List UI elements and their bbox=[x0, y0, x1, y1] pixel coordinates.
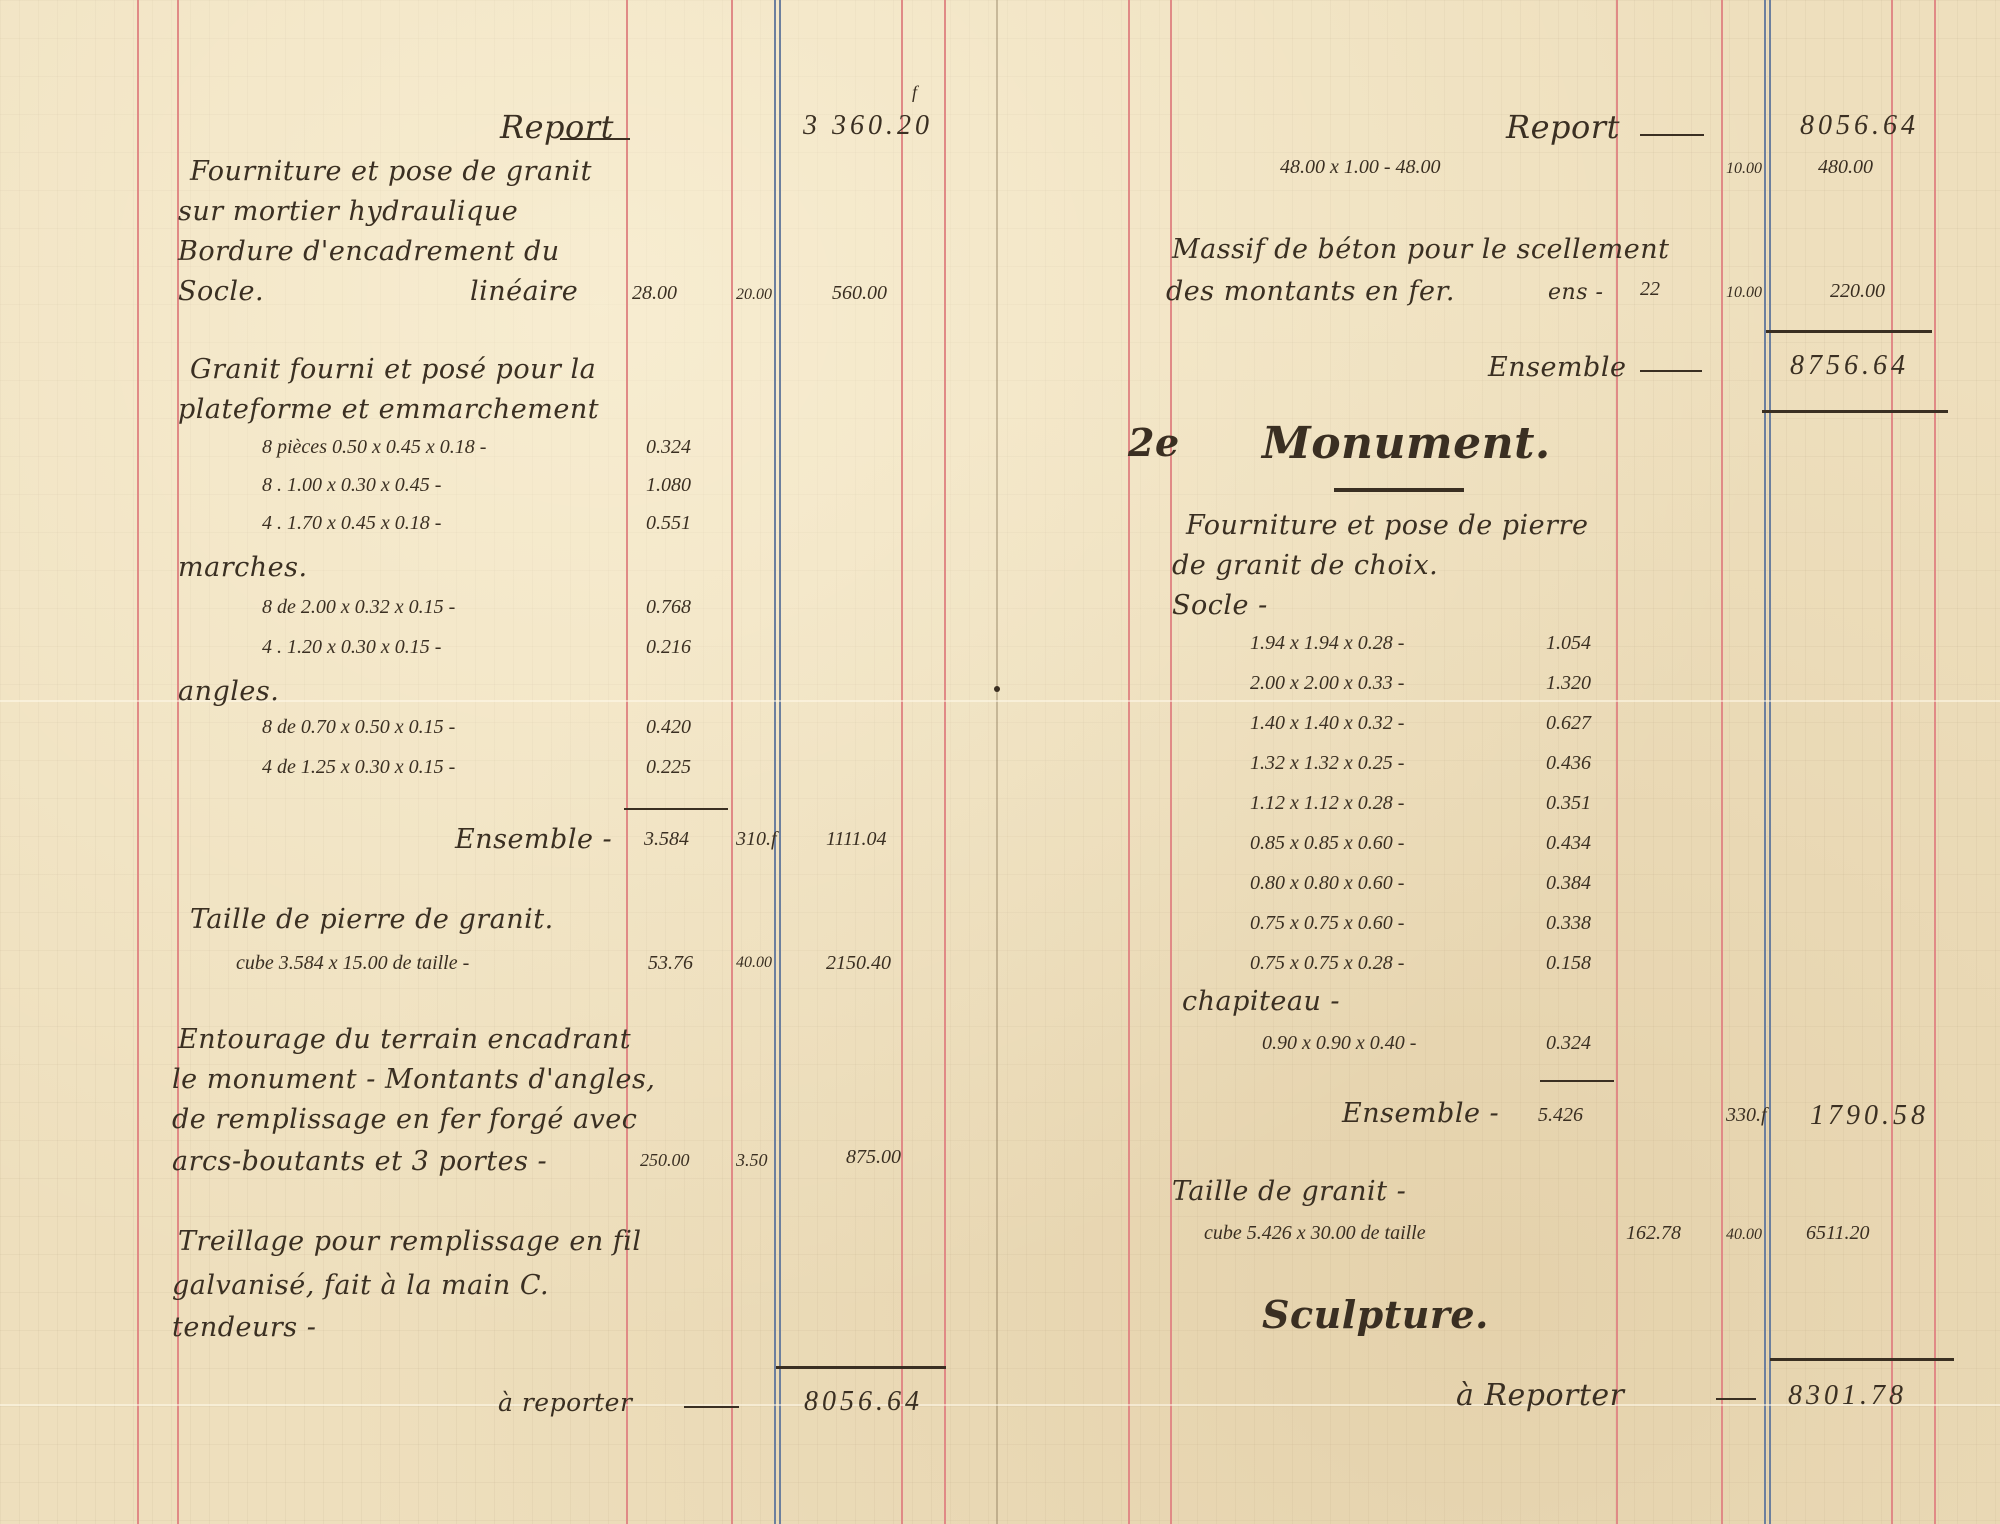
description-line: des montants en fer. bbox=[1166, 276, 1455, 307]
calc-line: 1.94 x 1.94 x 0.28 - bbox=[1250, 632, 1404, 655]
calc-line: 1.32 x 1.32 x 0.25 - bbox=[1250, 752, 1404, 775]
unit-price: 330.f bbox=[1726, 1104, 1767, 1127]
sublabel: chapiteau - bbox=[1182, 986, 1340, 1017]
volume: 1.054 bbox=[1546, 632, 1591, 655]
calc-line: cube 5.426 x 30.00 de taille bbox=[1204, 1222, 1426, 1245]
description-line: tendeurs - bbox=[172, 1312, 316, 1343]
unit-price: 10.00 bbox=[1726, 284, 1762, 302]
column-rule bbox=[944, 0, 946, 1524]
unit-price: 3.50 bbox=[736, 1150, 768, 1171]
amount: 2150.40 bbox=[826, 952, 891, 975]
ensemble-label: Ensemble - bbox=[455, 824, 612, 855]
report-amount: 3 360.20 bbox=[803, 110, 933, 142]
description-line: Fourniture et pose de granit bbox=[190, 156, 592, 187]
sum-line bbox=[1770, 1358, 1954, 1361]
calc-line: 48.00 x 1.00 - 48.00 bbox=[1280, 156, 1441, 179]
amount: 875.00 bbox=[846, 1146, 901, 1169]
description-line: plateforme et emmarchement bbox=[178, 394, 599, 425]
unit: linéaire bbox=[470, 276, 578, 307]
column-rule bbox=[1721, 0, 1723, 1524]
quantity: 250.00 bbox=[640, 1150, 690, 1171]
report-label: Report bbox=[500, 108, 614, 146]
volume: 0.338 bbox=[1546, 912, 1591, 935]
carry-forward-label: à Reporter bbox=[1456, 1378, 1625, 1413]
volume: 1.080 bbox=[646, 474, 691, 497]
column-rule bbox=[901, 0, 903, 1524]
franc-mark: f bbox=[912, 82, 917, 103]
column-rule bbox=[1891, 0, 1893, 1524]
sum-line bbox=[624, 808, 728, 810]
description-line: Socle. bbox=[178, 276, 264, 307]
description-line: sur mortier hydraulique bbox=[178, 196, 518, 227]
calc-line: 8 de 2.00 x 0.32 x 0.15 - bbox=[262, 596, 455, 619]
volume: 1.320 bbox=[1546, 672, 1591, 695]
margin-rule bbox=[137, 0, 139, 1524]
unit: ens - bbox=[1548, 280, 1603, 305]
sum-line bbox=[1766, 330, 1932, 333]
description-line: de granit de choix. bbox=[1172, 550, 1438, 581]
sum-line bbox=[776, 1366, 946, 1369]
underline bbox=[1640, 134, 1704, 136]
description-line: Fourniture et pose de pierre bbox=[1186, 510, 1588, 541]
description-line: Taille de pierre de granit. bbox=[190, 904, 554, 935]
ink-spot bbox=[994, 686, 1000, 692]
volume: 0.158 bbox=[1546, 952, 1591, 975]
description-line: Entourage du terrain encadrant bbox=[178, 1024, 631, 1055]
paper-crease bbox=[0, 1404, 2000, 1406]
carry-forward-label: à reporter bbox=[498, 1388, 632, 1417]
subsection-title: Sculpture. bbox=[1262, 1292, 1489, 1337]
volume: 0.216 bbox=[646, 636, 691, 659]
underline bbox=[560, 138, 630, 140]
volume: 0.768 bbox=[646, 596, 691, 619]
section-title: Monument. bbox=[1262, 418, 1551, 469]
title-rule bbox=[1334, 488, 1464, 492]
calc-line: 4 . 1.70 x 0.45 x 0.18 - bbox=[262, 512, 441, 535]
volume: 0.627 bbox=[1546, 712, 1591, 735]
underline bbox=[684, 1406, 739, 1408]
calc-line: 1.12 x 1.12 x 0.28 - bbox=[1250, 792, 1404, 815]
amount: 1111.04 bbox=[826, 828, 887, 851]
calc-line: 8 . 1.00 x 0.30 x 0.45 - bbox=[262, 474, 441, 497]
amount: 6511.20 bbox=[1806, 1222, 1870, 1245]
volume: 0.351 bbox=[1546, 792, 1591, 815]
volume: 0.420 bbox=[646, 716, 691, 739]
description-line: Bordure d'encadrement du bbox=[178, 236, 560, 267]
calc-line: 0.90 x 0.90 x 0.40 - bbox=[1262, 1032, 1416, 1055]
double-rule bbox=[779, 0, 781, 1524]
description-line: Treillage pour remplissage en fil bbox=[178, 1226, 642, 1257]
center-fold bbox=[996, 0, 998, 1524]
volume: 0.324 bbox=[646, 436, 691, 459]
quantity: 162.78 bbox=[1626, 1222, 1681, 1245]
description-line: de remplissage en fer forgé avec bbox=[172, 1104, 637, 1135]
double-rule bbox=[1769, 0, 1771, 1524]
quantity: 53.76 bbox=[648, 952, 693, 975]
calc-line: 0.75 x 0.75 x 0.60 - bbox=[1250, 912, 1404, 935]
calc-line: 8 pièces 0.50 x 0.45 x 0.18 - bbox=[262, 436, 486, 459]
ensemble-label: Ensemble bbox=[1488, 352, 1626, 383]
calc-line: 2.00 x 2.00 x 0.33 - bbox=[1250, 672, 1404, 695]
unit-price: 20.00 bbox=[736, 286, 772, 304]
sublabel: angles. bbox=[178, 676, 279, 707]
volume: 0.225 bbox=[646, 756, 691, 779]
unit-price: 40.00 bbox=[736, 954, 772, 972]
description-line: Massif de béton pour le scellement bbox=[1172, 234, 1670, 265]
calc-line: 4 de 1.25 x 0.30 x 0.15 - bbox=[262, 756, 455, 779]
ensemble-amount: 8756.64 bbox=[1790, 350, 1909, 382]
calc-line: 1.40 x 1.40 x 0.32 - bbox=[1250, 712, 1404, 735]
underline bbox=[1640, 370, 1702, 372]
description-line: Granit fourni et posé pour la bbox=[190, 354, 596, 385]
volume: 0.434 bbox=[1546, 832, 1591, 855]
volume-total: 3.584 bbox=[644, 828, 689, 851]
unit-price: 10.00 bbox=[1726, 160, 1762, 178]
double-underline bbox=[1762, 410, 1948, 413]
calc-line: 8 de 0.70 x 0.50 x 0.15 - bbox=[262, 716, 455, 739]
volume: 0.436 bbox=[1546, 752, 1591, 775]
description-line: Taille de granit - bbox=[1172, 1176, 1406, 1207]
description-line: galvanisé, fait à la main C. bbox=[172, 1270, 549, 1301]
calc-line: 0.75 x 0.75 x 0.28 - bbox=[1250, 952, 1404, 975]
double-rule bbox=[774, 0, 776, 1524]
underline bbox=[1716, 1398, 1756, 1400]
amount: 480.00 bbox=[1818, 156, 1873, 179]
column-rule bbox=[626, 0, 628, 1524]
amount: 220.00 bbox=[1830, 280, 1885, 303]
description-line: arcs-boutants et 3 portes - bbox=[172, 1146, 547, 1177]
calc-line: 4 . 1.20 x 0.30 x 0.15 - bbox=[262, 636, 441, 659]
paper-crease bbox=[0, 700, 2000, 702]
calc-line: 0.80 x 0.80 x 0.60 - bbox=[1250, 872, 1404, 895]
margin-rule bbox=[1170, 0, 1172, 1524]
column-rule bbox=[1616, 0, 1618, 1524]
volume: 0.324 bbox=[1546, 1032, 1591, 1055]
amount: 1790.58 bbox=[1810, 1100, 1929, 1132]
calc-line: 0.85 x 0.85 x 0.60 - bbox=[1250, 832, 1404, 855]
section-number: 2e bbox=[1128, 420, 1180, 465]
unit-price: 310.f bbox=[736, 828, 777, 851]
column-rule bbox=[1934, 0, 1936, 1524]
sum-line bbox=[1540, 1080, 1614, 1082]
volume: 0.384 bbox=[1546, 872, 1591, 895]
double-rule bbox=[1764, 0, 1766, 1524]
report-amount: 8056.64 bbox=[1800, 110, 1919, 142]
amount: 560.00 bbox=[832, 282, 887, 305]
margin-rule bbox=[1128, 0, 1130, 1524]
calc-line: cube 3.584 x 15.00 de taille - bbox=[236, 952, 469, 975]
volume: 0.551 bbox=[646, 512, 691, 535]
carry-forward-amount: 8301.78 bbox=[1788, 1380, 1907, 1412]
sublabel: Socle - bbox=[1172, 590, 1268, 621]
report-label: Report bbox=[1506, 108, 1620, 146]
volume-total: 5.426 bbox=[1538, 1104, 1583, 1127]
sublabel: marches. bbox=[178, 552, 308, 583]
unit-price: 40.00 bbox=[1726, 1226, 1762, 1244]
quantity: 22 bbox=[1640, 278, 1660, 301]
quantity: 28.00 bbox=[632, 282, 677, 305]
column-rule bbox=[731, 0, 733, 1524]
ensemble-label: Ensemble - bbox=[1342, 1098, 1499, 1129]
description-line: le monument - Montants d'angles, bbox=[172, 1064, 655, 1095]
carry-forward-amount: 8056.64 bbox=[804, 1386, 923, 1418]
